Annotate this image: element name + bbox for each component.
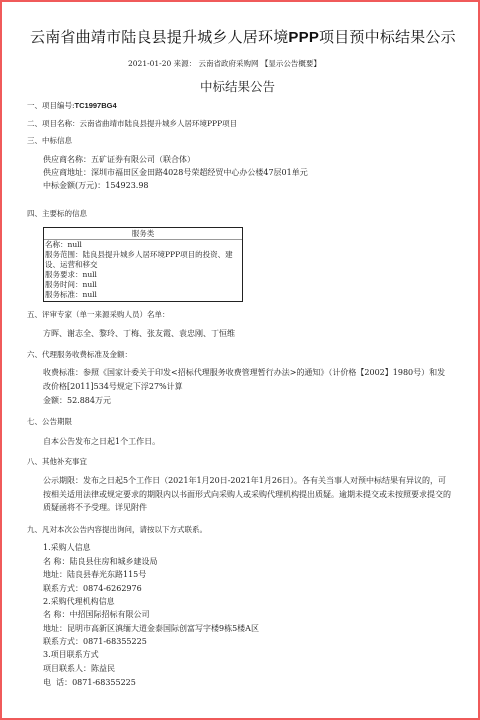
project-contact-title: 3.项目联系方式 [43,648,99,662]
project-contact-person: 项目联系人：陈益民 [43,662,115,676]
fee-amount: 金额：52.884万元 [43,394,111,408]
bid-amount: 中标金额(万元)：154923.98 [43,179,149,193]
section-project-number: 一、项目编号:TC1997BG4 [27,100,117,111]
agency-name: 名 称：中招国际招标有限公司 [43,608,150,622]
fee-standard: 收费标准：参照《国家计委关于印发<招标代理服务收费管理暂行办法>的通知》（计价格… [43,366,453,393]
section-5-heading: 五、评审专家（单一来源采购人员）名单： [27,309,170,320]
supplier-address: 供应商地址：深圳市福田区金田路4028号荣超经贸中心办公楼47层01单元 [43,166,308,180]
announcement-subtitle: 中标结果公告 [200,77,275,95]
agency-title: 2.采购代理机构信息 [43,595,115,609]
publish-meta: 2021-01-20 来源： 云南省政府采购网 【显示公告概要】 [128,58,321,69]
section-7-heading: 七、公告期限 [27,416,72,427]
project-number: TC1997BG4 [75,101,117,110]
project-name: 云南省曲靖市陆良县提升城乡人居环境PPP项目 [80,119,238,128]
service-time: 服务时间：null [44,280,242,290]
agency-address: 地址：昆明市高新区滇缅大道金泰国际创富写字楼9栋5楼A区 [43,622,259,636]
purchaser-name: 名 称：陆良县住房和城乡建设局 [43,555,158,569]
service-scope: 服务范围：陆良县提升城乡人居环境PPP项目的投资、建设、运营和移交 [44,250,242,270]
section-1-label: 一、项目编号: [27,101,75,110]
service-box-header: 服务类 [44,228,242,240]
section-2-label: 二、项目名称： [27,119,80,128]
purchaser-address: 地址：陆良县春光东路115号 [43,568,146,582]
section-9-heading: 九、凡对本次公告内容提出询问，请按以下方式联系。 [27,524,207,535]
agency-contact: 联系方式：0871-68355225 [43,635,147,649]
title-prefix: 云南省曲靖市陆良县提升城乡人居环境 [30,28,288,46]
section-4-heading: 四、主要标的信息 [27,208,87,219]
purchaser-contact: 联系方式：0874-6262976 [43,582,142,596]
purchaser-title: 1.采购人信息 [43,541,91,555]
service-requirement: 服务要求：null [44,270,242,280]
service-info-box: 服务类 名称：null 服务范围：陆良县提升城乡人居环境PPP项目的投资、建设、… [43,227,243,302]
supplier-name: 供应商名称：五矿证券有限公司（联合体） [43,153,195,167]
title-suffix: 项目预中标结果公示 [319,28,456,46]
service-name: 名称：null [44,240,242,250]
service-standard: 服务标准：null [44,290,242,300]
section-3-heading: 三、中标信息 [27,135,72,146]
page-title: 云南省曲靖市陆良县提升城乡人居环境PPP项目预中标结果公示 [30,26,456,47]
section-6-heading: 六、代理服务收费标准及金额： [27,349,132,360]
supplementary-text: 公示期限：发布之日起5个工作日（2021年1月20日-2021年1月26日）。各… [43,474,453,515]
section-8-heading: 八、其他补充事宜 [27,456,87,467]
notice-period: 自本公告发布之日起1个工作日。 [43,435,160,449]
project-contact-phone: 电 话：0871-68355225 [43,676,136,690]
section-project-name: 二、项目名称：云南省曲靖市陆良县提升城乡人居环境PPP项目 [27,118,237,129]
expert-list: 方晖、谢志全、黎玲、丁梅、张友霞、袁忠刚、丁恒维 [43,327,235,341]
title-bold: PPP [288,29,319,46]
